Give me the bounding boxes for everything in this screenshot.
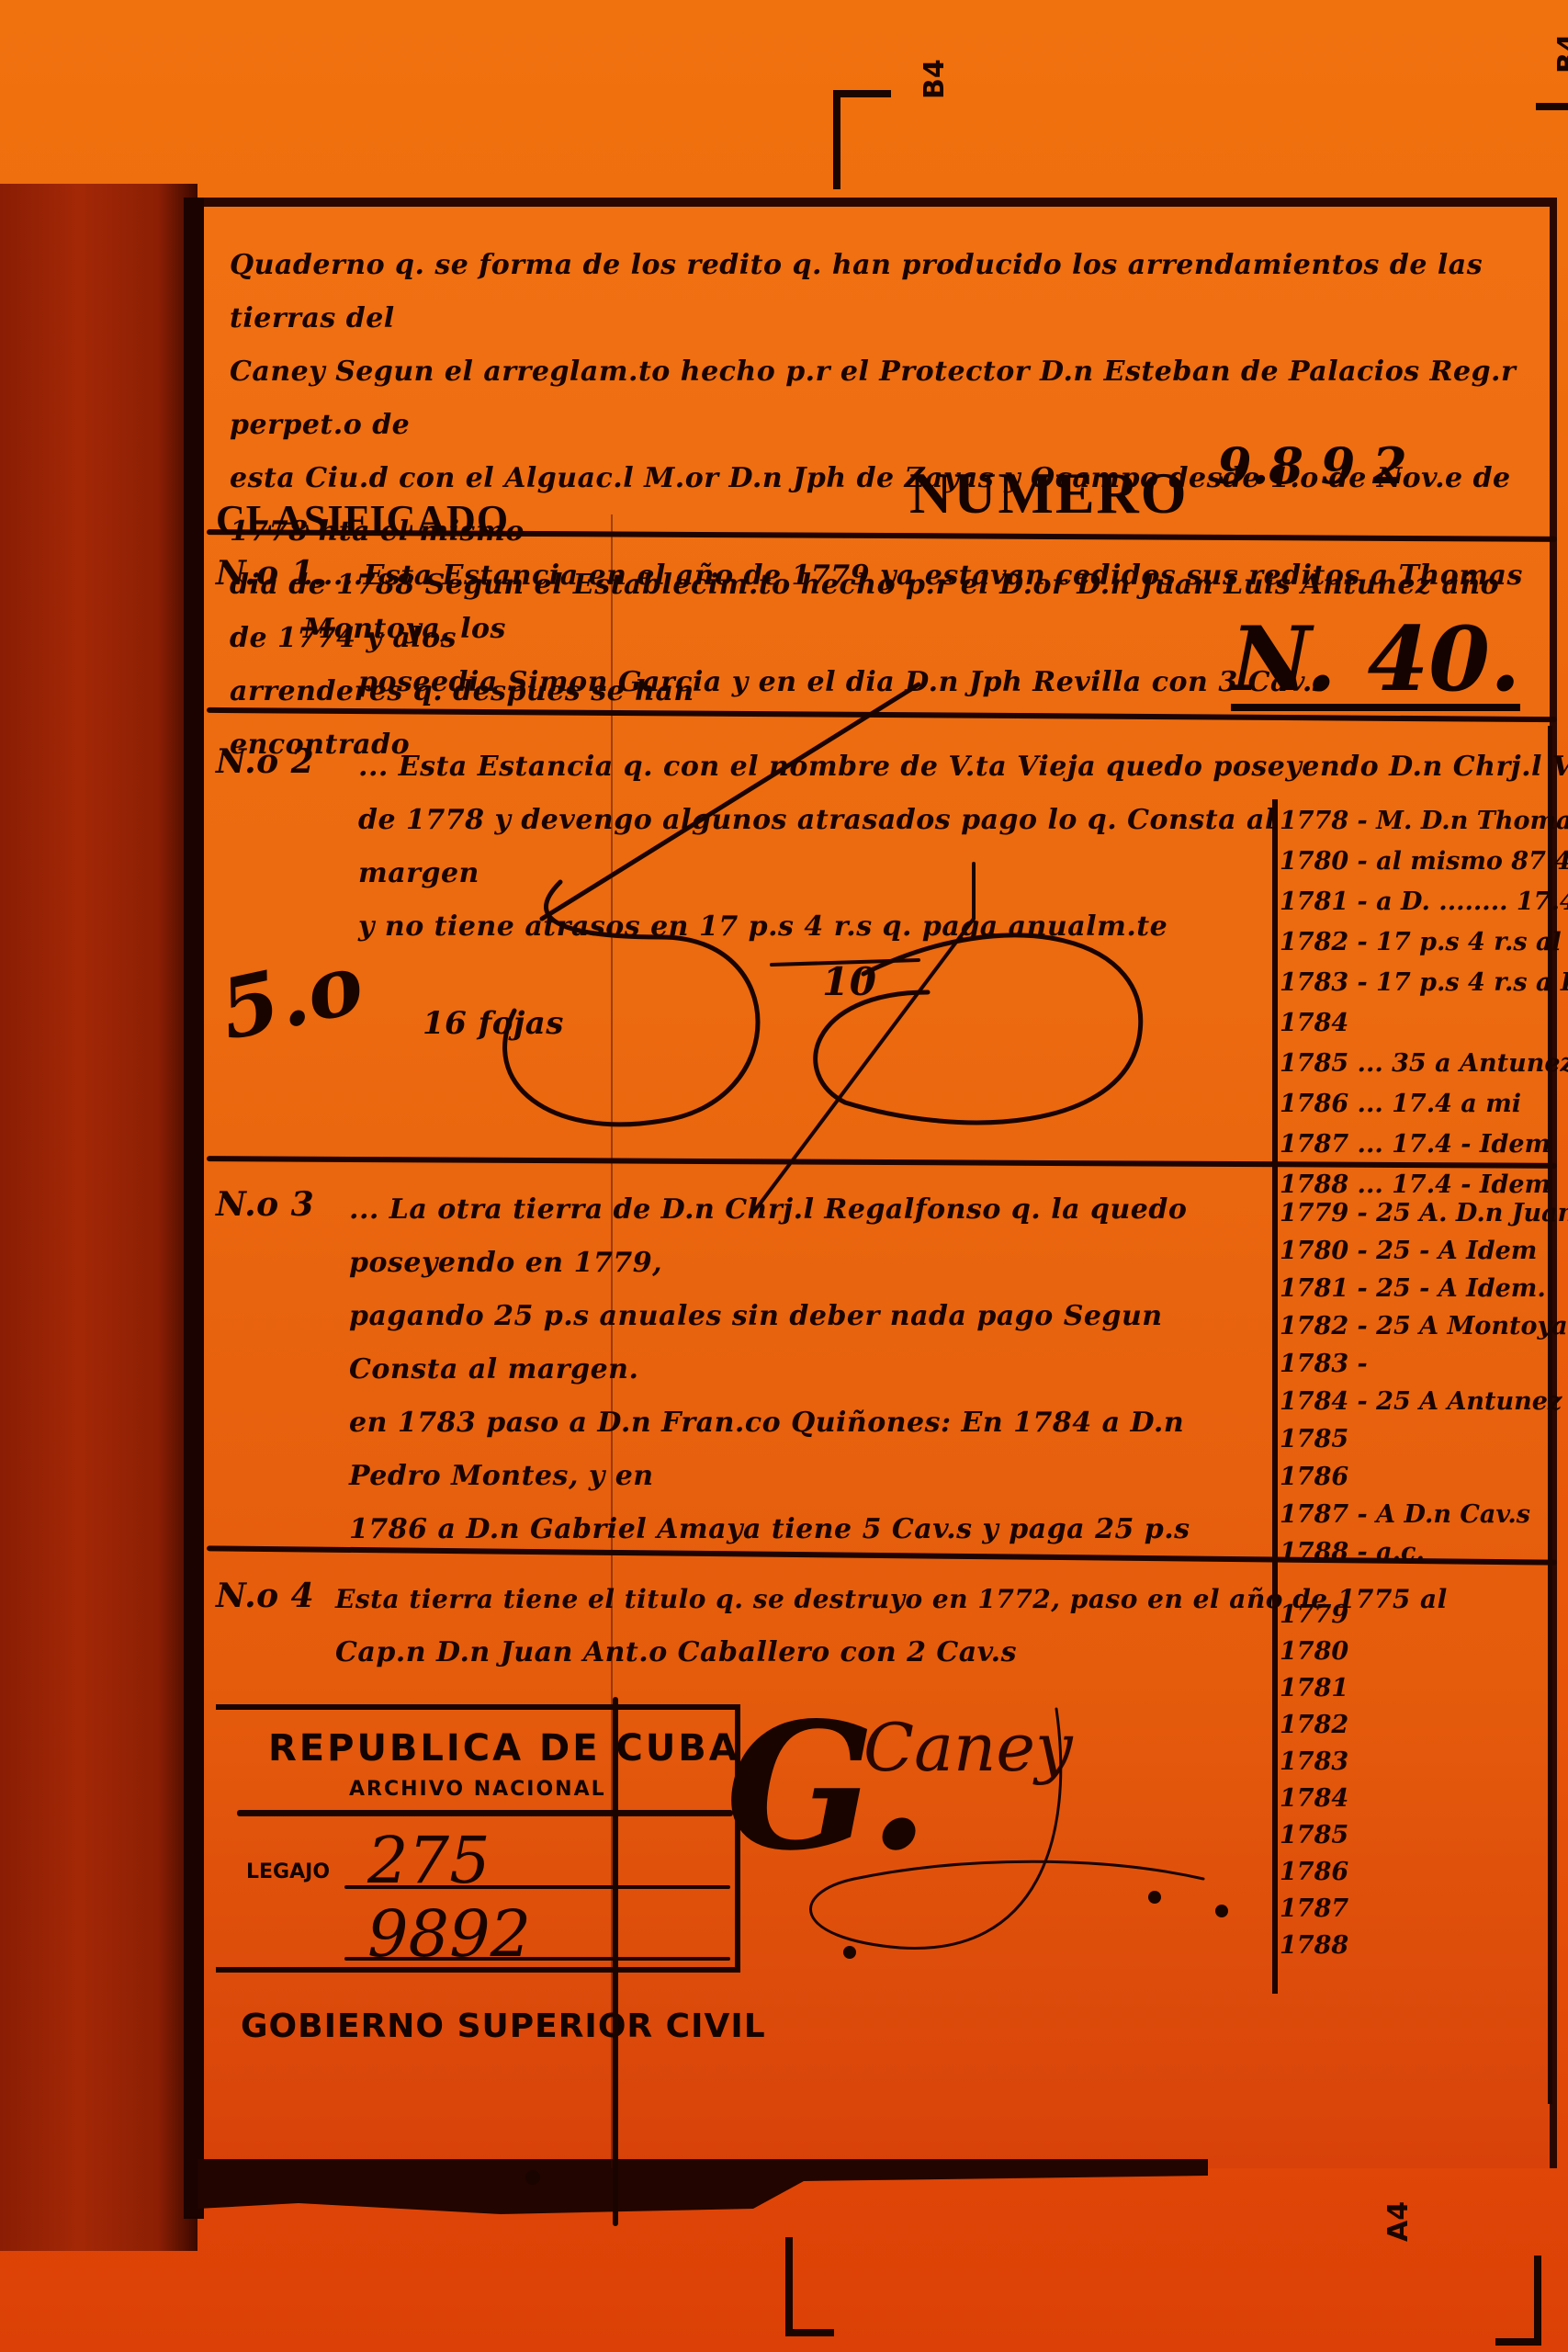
- entry-line: Cap.n D.n Juan Ant.o Caballero con 2 Cav…: [335, 1626, 1272, 1679]
- entry-4-label: N.o 4: [216, 1569, 314, 1623]
- ledger-row: 1783 -: [1280, 1345, 1568, 1383]
- stamp-footer: GOBIERNO SUPERIOR CIVIL: [241, 2007, 766, 2045]
- cover-board: [0, 184, 197, 2251]
- ledger-row: 1780 - 25 - A Idem: [1280, 1232, 1568, 1270]
- entry-3-text: ... La otra tierra de D.n Chrj.l Regalfo…: [349, 1183, 1268, 1556]
- ledger-row: 1786: [1280, 1854, 1348, 1891]
- ledger-row: 1785 ... 35 a Antunez: [1280, 1044, 1568, 1084]
- ledger-row: 1780 - al mismo 87.4: [1280, 842, 1568, 882]
- entry-4-text: Esta tierra tiene el titulo q. se destru…: [335, 1573, 1272, 1679]
- ledger-row: 1784: [1280, 1781, 1348, 1817]
- ledger-column-rule: [1272, 799, 1278, 1994]
- ledger-row: 1786 ... 17.4 a mi: [1280, 1084, 1568, 1125]
- stamp-title: REPUBLICA DE CUBA: [268, 1727, 740, 1770]
- ledger-row: 1786: [1280, 1458, 1568, 1496]
- stamp-legajo-value: 275: [367, 1828, 491, 1893]
- entry-line: pagando 25 p.s anuales sin deber nada pa…: [349, 1290, 1268, 1396]
- clasificado-stamp: CLASIFICADO: [216, 496, 509, 543]
- ledger-row: 1783 - 17 p.s 4 r.s a Idem: [1280, 963, 1568, 1003]
- crop-mark-top-right: [1536, 103, 1568, 110]
- header-line: Quaderno q. se forma de los redito q. ha…: [230, 239, 1534, 345]
- margin-annotation-ten: 10: [822, 955, 876, 1009]
- numero-value: 9.8 9 2: [1217, 436, 1407, 495]
- entry-1-label: N.o 1: [216, 547, 314, 600]
- crop-label-top-left: B4: [919, 59, 951, 99]
- stamp-rule-1: [237, 1810, 733, 1816]
- entry-3-label: N.o 3: [216, 1178, 314, 1231]
- entry-line: ... La otra tierra de D.n Chrj.l Regalfo…: [349, 1183, 1268, 1290]
- ledger-row: 1784: [1280, 1003, 1568, 1044]
- ledger-row: 1785: [1280, 1420, 1568, 1458]
- entry-1-number: N. 40.: [1231, 616, 1520, 711]
- ledger-row: 1787 - A D.n Cav.s: [1280, 1496, 1568, 1533]
- margin-annotation-fojas: 16 fojas: [423, 997, 564, 1050]
- ledger-row: 1779 - 25 A. D.n Juan: [1280, 1194, 1568, 1232]
- signature-text: Caney: [863, 1709, 1073, 1786]
- crop-label-top-right: B4: [1552, 33, 1568, 73]
- entry-line: Esta tierra tiene el titulo q. se destru…: [335, 1573, 1272, 1626]
- ledger-row: 1780: [1280, 1634, 1348, 1670]
- ledger-row: 1781: [1280, 1670, 1348, 1707]
- entry-2-text: ... Esta Estancia q. con el nombre de V.…: [358, 741, 1277, 954]
- entry-line: ... Esta Estancia q. con el nombre de V.…: [358, 741, 1277, 794]
- entry-line: y no tiene atrasos en 17 p.s 4 r.s q. pa…: [358, 900, 1277, 954]
- torn-edge: [197, 2159, 1208, 2214]
- ledger-row: 1778 - M. D.n Thomas: [1280, 801, 1568, 842]
- ledger-row: 1787 ... 17.4 - Idem: [1280, 1125, 1568, 1165]
- entry-line: en 1783 paso a D.n Fran.co Quiñones: En …: [349, 1396, 1268, 1503]
- entry-line: de 1778 y devengo algunos atrasados pago…: [358, 794, 1277, 900]
- ledger-row: 1782 - 17 p.s 4 r.s al D.: [1280, 922, 1568, 963]
- entry-2-ledger: 1778 - M. D.n Thomas 1780 - al mismo 87.…: [1280, 801, 1568, 1205]
- crop-label-bottom: A4: [1382, 2201, 1415, 2242]
- stamp-rule-2: [344, 1885, 730, 1889]
- entry-line: 1786 a D.n Gabriel Amaya tiene 5 Cav.s y…: [349, 1503, 1268, 1556]
- binding-spine: [184, 198, 204, 2219]
- entry-2-label: N.o 2: [216, 735, 314, 788]
- ledger-row: 1788 - a.c.: [1280, 1533, 1568, 1571]
- ledger-row: 1785: [1280, 1817, 1348, 1854]
- ledger-row: 1781 - 25 - A Idem.: [1280, 1270, 1568, 1307]
- stamp-rule-3: [344, 1957, 730, 1961]
- entry-3-ledger: 1779 - 25 A. D.n Juan 1780 - 25 - A Idem…: [1280, 1194, 1568, 1571]
- ledger-row: 1787: [1280, 1891, 1348, 1928]
- ledger-row: 1784 - 25 A Antunez: [1280, 1383, 1568, 1420]
- ledger-row: 1782 - 25 A Montoya: [1280, 1307, 1568, 1345]
- stamp-subtitle: ARCHIVO NACIONAL: [349, 1778, 606, 1801]
- ledger-row: 1781 - a D. ........ 17.4: [1280, 882, 1568, 922]
- ledger-row: 1782: [1280, 1707, 1348, 1744]
- crop-mark-top-left: [833, 90, 891, 189]
- crop-mark-bottom-right: [1495, 2256, 1541, 2346]
- ledger-row: 1779: [1280, 1597, 1348, 1634]
- entry-4-ledger: 1779 1780 1781 1782 1783 1784 1785 1786 …: [1280, 1597, 1348, 1964]
- ledger-row: 1788: [1280, 1928, 1348, 1964]
- ledger-row: 1783: [1280, 1744, 1348, 1781]
- numero-label: NUMERO: [909, 459, 1189, 527]
- crop-mark-bottom-left: [785, 2237, 834, 2336]
- stamp-legajo-label: LEGAJO: [246, 1860, 330, 1883]
